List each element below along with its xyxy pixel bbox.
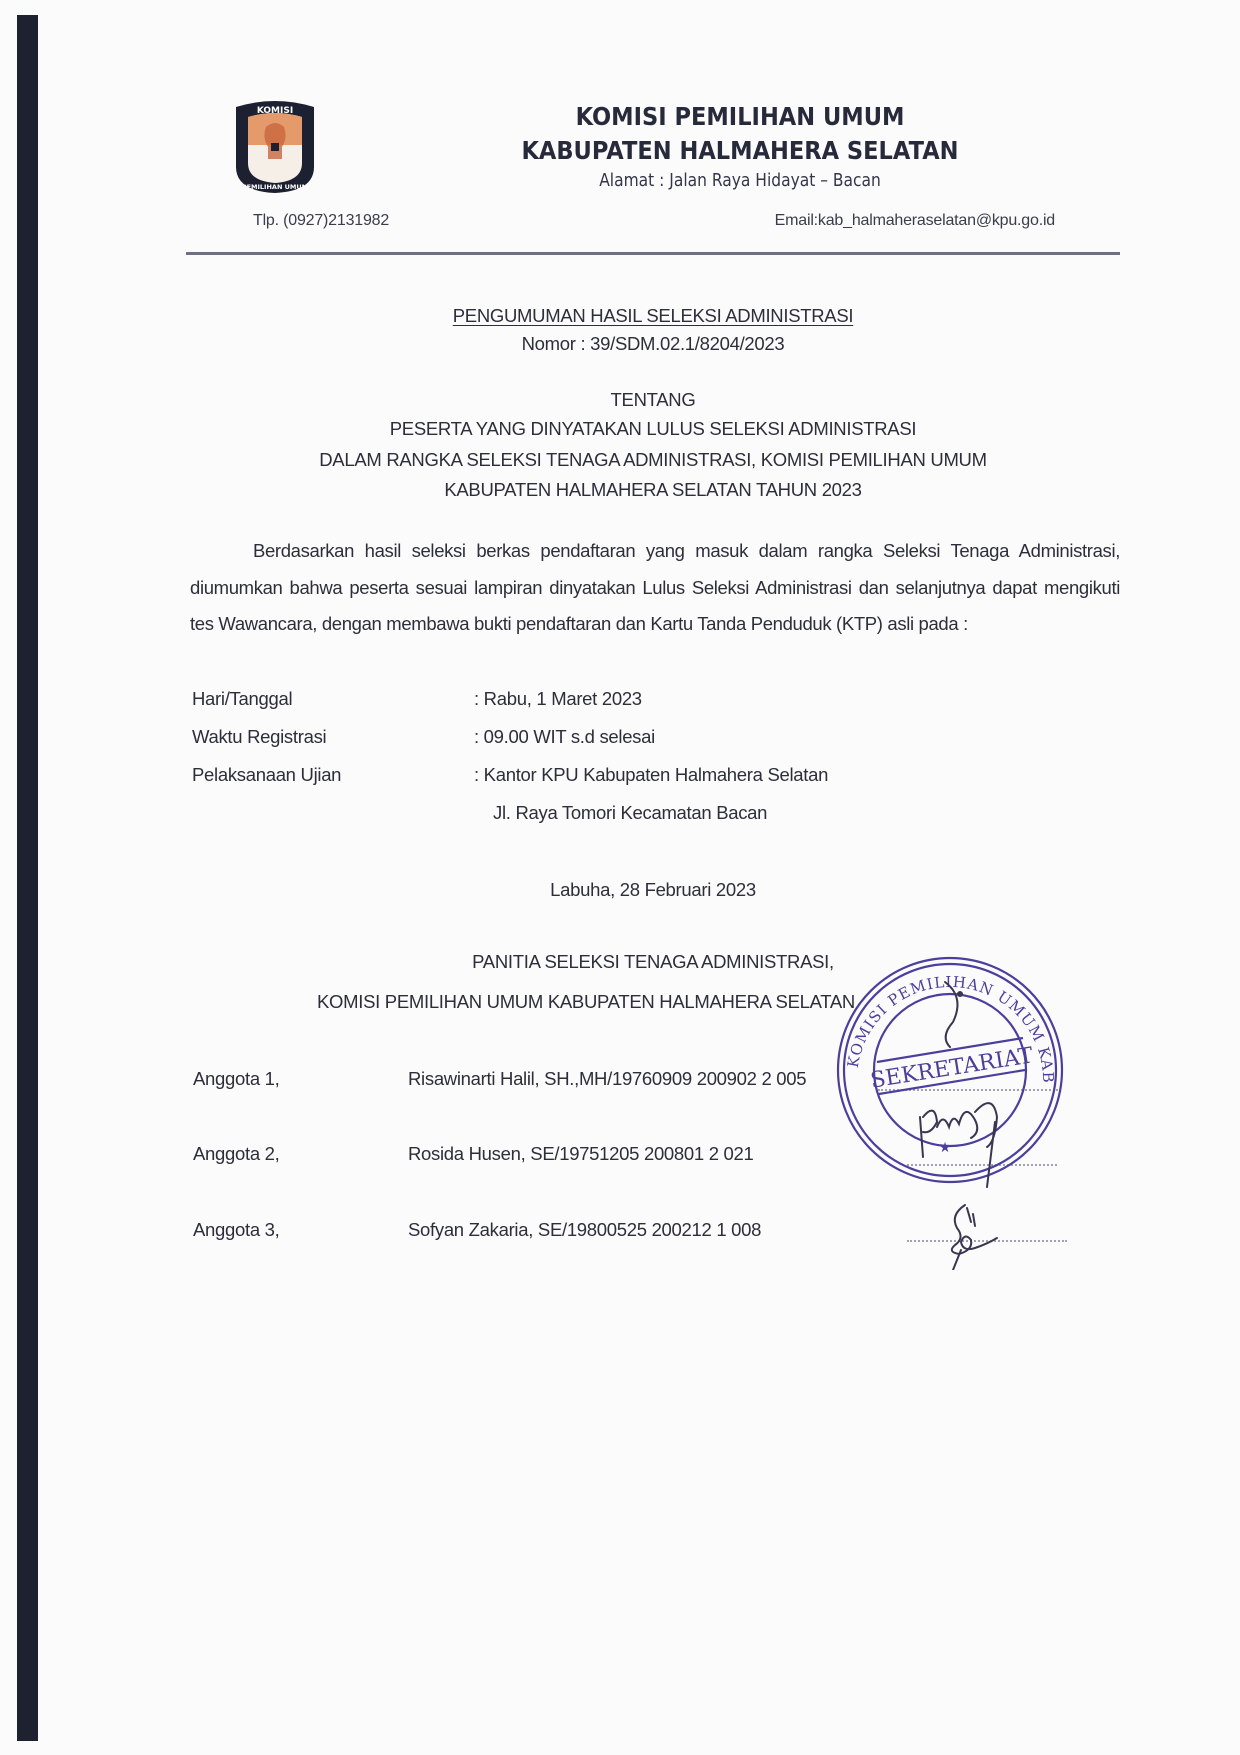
signature-3-icon [935,1200,1015,1270]
subject-line-3: KABUPATEN HALMAHERA SELATAN TAHUN 2023 [186,479,1120,501]
org-email: Email:kab_halmaheraselatan@kpu.go.id [775,212,1055,230]
member-2-name: Rosida Husen, SE/19751205 200801 2 021 [408,1143,754,1165]
member-3-label: Anggota 3, [193,1219,280,1241]
org-name-line2: KABUPATEN HALMAHERA SELATAN [409,136,1071,165]
org-name-line1: KOMISI PEMILIHAN UMUM [409,102,1071,131]
stamp-center-text: SEKRETARIAT [869,1043,1035,1093]
schedule-label-registration: Waktu Registrasi [192,726,326,748]
svg-text:KOMISI: KOMISI [257,106,293,116]
schedule-value-venue-address: Jl. Raya Tomori Kecamatan Bacan [493,802,767,824]
member-1-name: Risawinarti Halil, SH.,MH/19760909 20090… [408,1068,806,1090]
org-phone: Tlp. (0927)2131982 [253,212,389,230]
member-2-label: Anggota 2, [193,1143,280,1165]
schedule-label-venue: Pelaksanaan Ujian [192,764,341,786]
place-date: Labuha, 28 Februari 2023 [186,879,1120,901]
subject-line-2: DALAM RANGKA SELEKSI TENAGA ADMINISTRASI… [186,449,1120,471]
member-3-name: Sofyan Zakaria, SE/19800525 200212 1 008 [408,1219,761,1241]
scan-edge-bar [17,15,38,1741]
subject-line-1: PESERTA YANG DINYATAKAN LULUS SELEKSI AD… [186,418,1120,440]
org-address: Alamat : Jalan Raya Hidayat – Bacan [430,170,1049,191]
schedule-label-date: Hari/Tanggal [192,688,292,710]
about-label: TENTANG [186,389,1120,411]
svg-text:★: ★ [939,1140,952,1156]
member-1-label: Anggota 1, [193,1068,280,1090]
schedule-value-date: : Rabu, 1 Maret 2023 [474,688,642,710]
schedule-value-venue: : Kantor KPU Kabupaten Halmahera Selatan [474,764,828,786]
svg-text:PEMILIHAN UMUM: PEMILIHAN UMUM [242,183,308,191]
letterhead-divider [186,252,1120,255]
announcement-number: Nomor : 39/SDM.02.1/8204/2023 [186,333,1120,355]
announcement-title: PENGUMUMAN HASIL SELEKSI ADMINISTRASI [186,305,1120,327]
schedule-value-registration: : 09.00 WIT s.d selesai [474,726,655,748]
kpu-logo-icon: KOMISI PEMILIHAN UMUM [228,97,322,195]
announcement-paragraph: Berdasarkan hasil seleksi berkas pendaft… [190,533,1120,643]
official-stamp-icon: KOMISI PEMILIHAN UMUM KABUPATEN HALMAHER… [825,952,1075,1188]
